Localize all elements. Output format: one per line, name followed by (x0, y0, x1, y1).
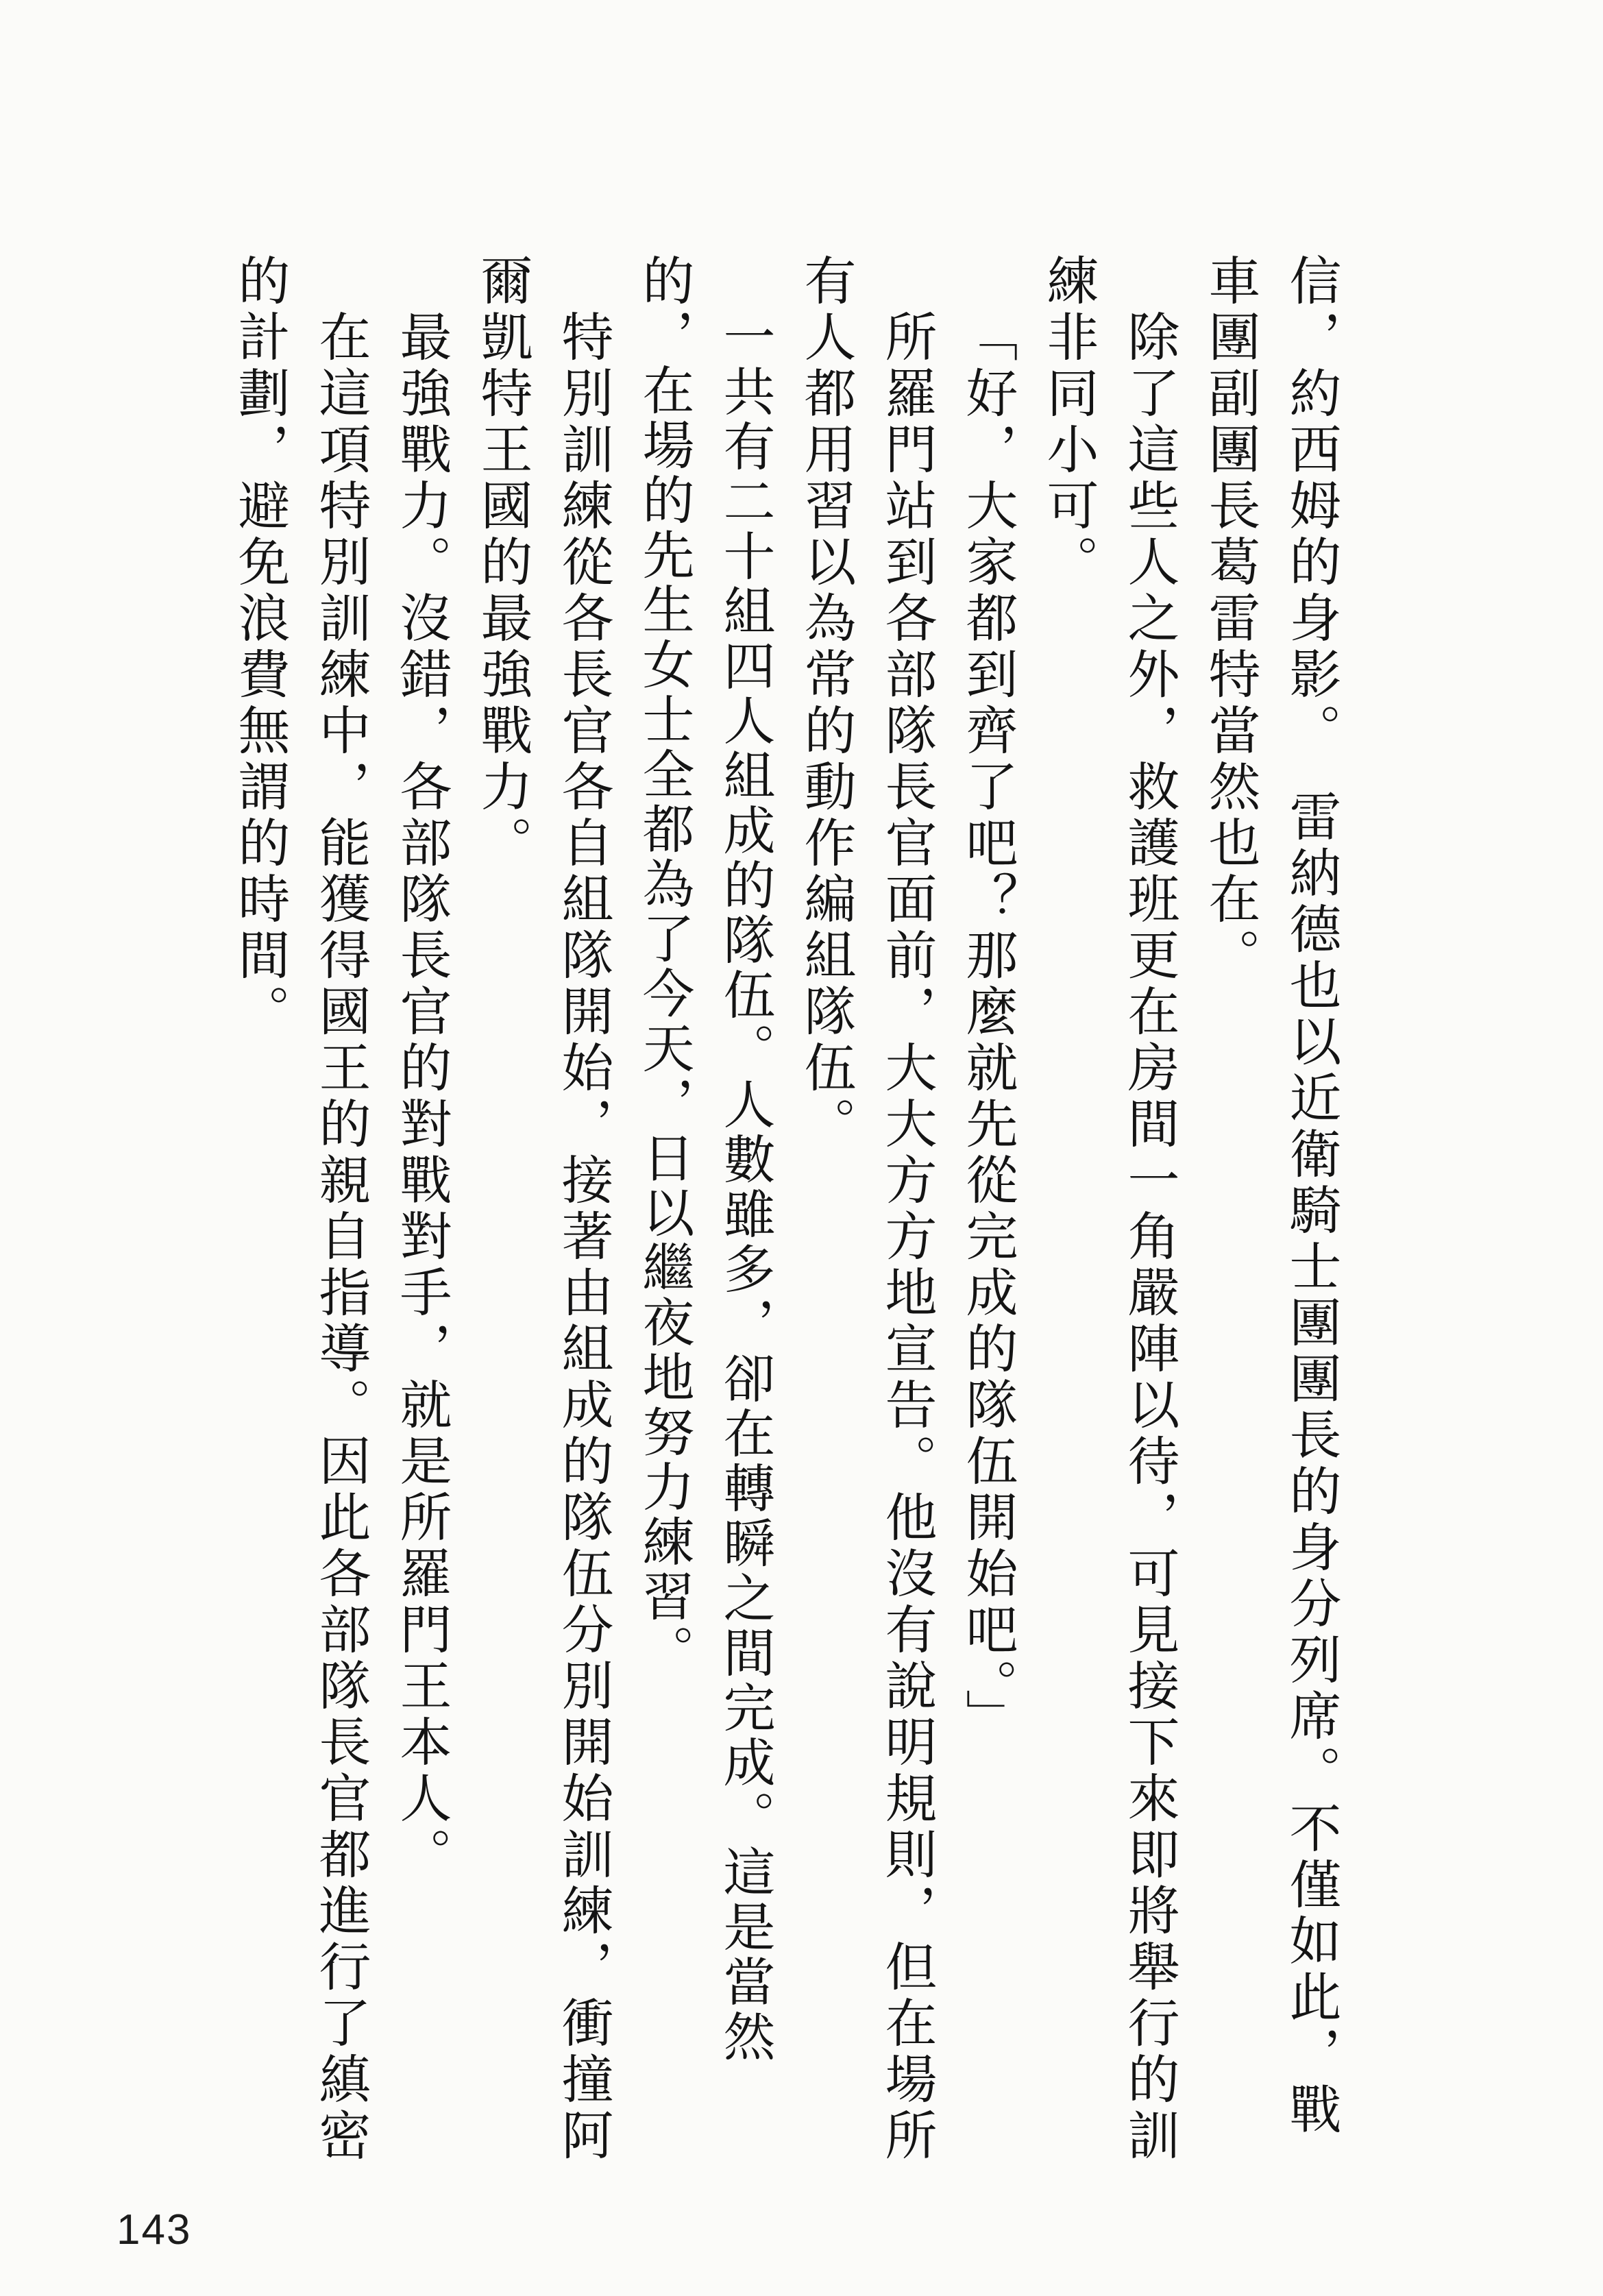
paragraph-dialogue: 「好，大家都到齊了吧？那麼就先從完成的隊伍開始吧。」 (946, 254, 1027, 2173)
book-page: 信，約西姆的身影。 雷納德也以近衛騎士團團長的身分列席。不僅如此，戰車團副團長葛… (0, 0, 1603, 2296)
paragraph: 在這項特別訓練中，能獲得國王的親自指導。因此各部隊長官都進行了縝密的計劃，避免浪… (219, 254, 380, 2173)
paragraph: 所羅門站到各部隊長官面前，大大方方地宣告。他沒有說明規則，但在場所有人都用習以為… (785, 254, 946, 2173)
paragraph: 信，約西姆的身影。 雷納德也以近衛騎士團團長的身分列席。不僅如此，戰車團副團長葛… (1189, 254, 1351, 2173)
vertical-text-block: 信，約西姆的身影。 雷納德也以近衛騎士團團長的身分列席。不僅如此，戰車團副團長葛… (219, 254, 1351, 2173)
paragraph: 最強戰力。沒錯，各部隊長官的對戰對手，就是所羅門王本人。 (380, 254, 461, 2173)
paragraph: 除了這些人之外，救護班更在房間一角嚴陣以待，可見接下來即將舉行的訓練非同小可。 (1027, 254, 1189, 2173)
paragraph: 特別訓練從各長官各自組隊開始，接著由組成的隊伍分別開始訓練，衝撞阿爾凱特王國的最… (461, 254, 623, 2173)
page-number: 143 (117, 2206, 191, 2254)
paragraph: 一共有二十組四人組成的隊伍。人數雖多，卻在轉瞬之間完成。這是當然的，在場的先生女… (623, 254, 785, 2173)
